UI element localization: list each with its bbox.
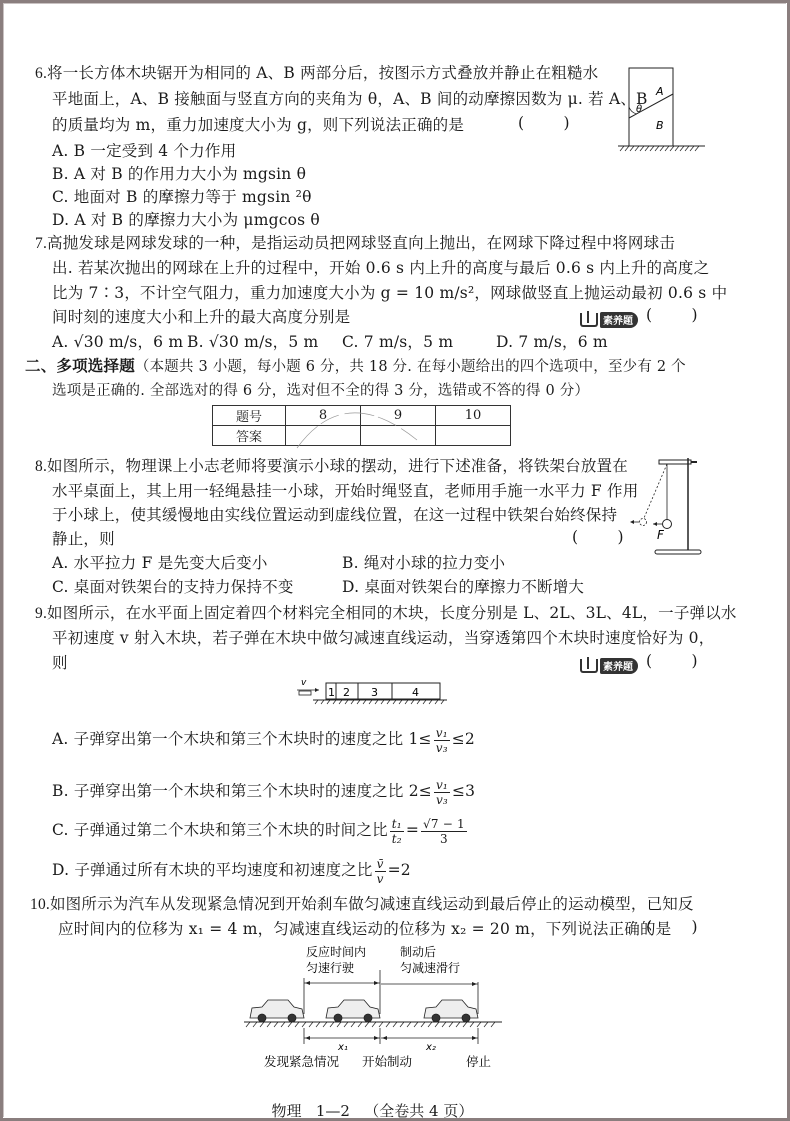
option-c[interactable]: C. 桌面对铁架台的支持力保持不变	[52, 576, 294, 598]
question-text: 如图所示为汽车从发现紧急情况到开始刹车做匀减速直线运动到最后停止的运动模型，已知…	[50, 895, 694, 913]
question-text: 出. 若某次抛出的网球在上升的过程中，开始 0.6 s 内上升的高度与最后 0.…	[52, 257, 709, 279]
question-text: 平地面上，A、B 接触面与竖直方向的夹角为 θ，A、B 间的动摩擦因数为 μ. …	[52, 88, 648, 110]
svg-text:B: B	[656, 119, 664, 132]
svg-text:θ: θ	[636, 104, 642, 115]
question-text: 则	[52, 652, 68, 674]
badge-label: 素养题	[600, 312, 638, 328]
question-number: 9.	[35, 605, 47, 622]
svg-text:4: 4	[412, 686, 419, 699]
option-b[interactable]: B. 子弹穿出第一个木块和第三个木块时的速度之比 2≤v₁v₃≤3	[52, 773, 475, 809]
question-text: 间时刻的速度大小和上升的最大高度分别是	[52, 306, 350, 328]
question-text: 平初速度 v 射入木块，若子弹在木块中做匀减速直线运动，当穿透第四个木块时速度恰…	[52, 627, 714, 649]
option-c[interactable]: C. 地面对 B 的摩擦力等于 mgsin ²θ	[52, 186, 312, 208]
fraction: t₁t₂	[390, 817, 404, 846]
footer-total: （全卷共 4 页）	[364, 1102, 473, 1120]
option-d[interactable]: D. 7 m/s，6 m	[496, 331, 608, 353]
block-diagram: A θ B	[600, 62, 710, 157]
question-text: 比为 7∶3，不计空气阻力，重力加速度大小为 g = 10 m/s²，网球做竖直…	[52, 282, 727, 304]
option-d[interactable]: D. 子弹通过所有木块的平均速度和初速度之比v̄v=2	[52, 852, 411, 888]
svg-text:匀速行驶: 匀速行驶	[306, 960, 354, 975]
question-text: 应时间内的位移为 x₁ = 4 m，匀减速直线运动的位移为 x₂ = 20 m，…	[58, 918, 671, 940]
section-desc: 选项是正确的. 全部选对的得 6 分，选对但不全的得 3 分，选错或不答的得 0…	[52, 380, 589, 402]
car-icon	[326, 1000, 380, 1022]
col-header: 10	[436, 406, 511, 426]
book-icon	[580, 659, 598, 673]
wood-blocks-diagram: v 1 2 3 4	[295, 676, 455, 710]
svg-text:2: 2	[343, 686, 350, 699]
literacy-badge: 素养题	[580, 309, 638, 328]
section-desc: （本题共 3 小题，每小题 6 分，共 18 分. 在每小题给出的四个选项中，至…	[135, 359, 686, 375]
row-header: 答案	[213, 426, 286, 446]
svg-text:停止: 停止	[466, 1054, 491, 1069]
fraction: v̄v	[375, 857, 386, 886]
option-d[interactable]: D. A 对 B 的摩擦力大小为 μmgcos θ	[52, 209, 320, 231]
svg-text:x₁: x₁	[337, 1042, 348, 1053]
footer-subject: 物理	[272, 1102, 302, 1120]
question-text: 的质量均为 m，重力加速度大小为 g，则下列说法正确的是	[52, 114, 464, 136]
option-d[interactable]: D. 桌面对铁架台的摩擦力不断增大	[342, 576, 584, 598]
fraction: √7 − 13	[421, 817, 467, 846]
footer-page: 1—2	[316, 1102, 350, 1120]
question-text: 如图所示，物理课上小志老师将要演示小球的摆动，进行下述准备，将铁架台放置在	[47, 457, 628, 475]
question-number: 10.	[30, 896, 50, 913]
stray-pencil-arc	[295, 400, 425, 450]
option-a[interactable]: A. 水平拉力 F 是先变大后变小	[52, 552, 268, 574]
svg-text:F: F	[657, 528, 665, 542]
answer-cell-10[interactable]	[436, 426, 511, 446]
badge-label: 素养题	[600, 658, 638, 674]
question-text: 于小球上，使其缓慢地由实线位置运动到虚线位置，在这一过程中铁架台始终保持	[52, 504, 617, 526]
page-footer: 物理 1—2 （全卷共 4 页）	[262, 1082, 473, 1121]
svg-text:v: v	[301, 678, 307, 688]
option-a[interactable]: A. √30 m/s，6 m	[52, 331, 183, 353]
option-a[interactable]: A. 子弹穿出第一个木块和第三个木块时的速度之比 1≤v₁v₃≤2	[52, 721, 475, 757]
literacy-badge: 素养题	[580, 655, 638, 674]
question-text: 高抛发球是网球发球的一种，是指运动员把网球竖直向上抛出，在网球下降过程中将网球击	[47, 234, 675, 252]
answer-blank[interactable]: ( )	[572, 528, 624, 546]
answer-blank[interactable]: ( )	[646, 306, 698, 324]
question-number: 6.	[35, 65, 47, 82]
question-text: 如图所示，在水平面上固定着四个材料完全相同的木块，长度分别是 L、2L、3L、4…	[47, 604, 737, 622]
question-text: 将一长方体木块锯开为相同的 A、B 两部分后，按图示方式叠放并静止在粗糙水	[47, 64, 598, 82]
fraction: v₁v₃	[434, 778, 450, 807]
svg-text:3: 3	[371, 686, 378, 699]
answer-blank[interactable]: ( )	[646, 652, 698, 670]
svg-text:反应时间内: 反应时间内	[306, 944, 366, 959]
svg-text:x₂: x₂	[425, 1042, 436, 1053]
svg-text:制动后: 制动后	[400, 944, 436, 959]
answer-blank[interactable]: ( )	[518, 114, 570, 132]
option-c[interactable]: C. 子弹通过第二个木块和第三个木块的时间之比t₁t₂=√7 − 13	[52, 812, 469, 848]
svg-text:开始制动: 开始制动	[362, 1054, 413, 1069]
option-b[interactable]: B. √30 m/s，5 m	[187, 331, 318, 353]
row-header: 题号	[213, 406, 286, 426]
svg-text:A: A	[655, 85, 664, 98]
section-title: 二、多项选择题	[25, 357, 135, 375]
car-braking-diagram: 反应时间内 匀速行驶 制动后 匀减速滑行 x₁	[244, 942, 524, 1072]
car-icon	[250, 1000, 304, 1022]
question-text: 静止，则	[52, 528, 115, 550]
answer-blank[interactable]: ( )	[646, 918, 698, 936]
question-number: 8.	[35, 458, 47, 475]
option-a[interactable]: A. B 一定受到 4 个力作用	[52, 140, 236, 162]
svg-text:发现紧急情况: 发现紧急情况	[264, 1054, 340, 1069]
option-b[interactable]: B. 绳对小球的拉力变小	[342, 552, 505, 574]
option-b[interactable]: B. A 对 B 的作用力大小为 mgsin θ	[52, 163, 306, 185]
option-c[interactable]: C. 7 m/s，5 m	[342, 331, 453, 353]
book-icon	[580, 313, 598, 327]
fraction: v₁v₃	[434, 726, 450, 755]
iron-stand-diagram: F	[625, 452, 705, 562]
svg-text:匀减速滑行: 匀减速滑行	[400, 960, 460, 975]
question-number: 7.	[35, 235, 47, 252]
question-text: 水平桌面上，其上用一轻绳悬挂一小球，开始时绳竖直，老师用手施一水平力 F 作用	[52, 480, 638, 502]
svg-text:1: 1	[328, 686, 335, 699]
car-icon	[424, 1000, 478, 1022]
